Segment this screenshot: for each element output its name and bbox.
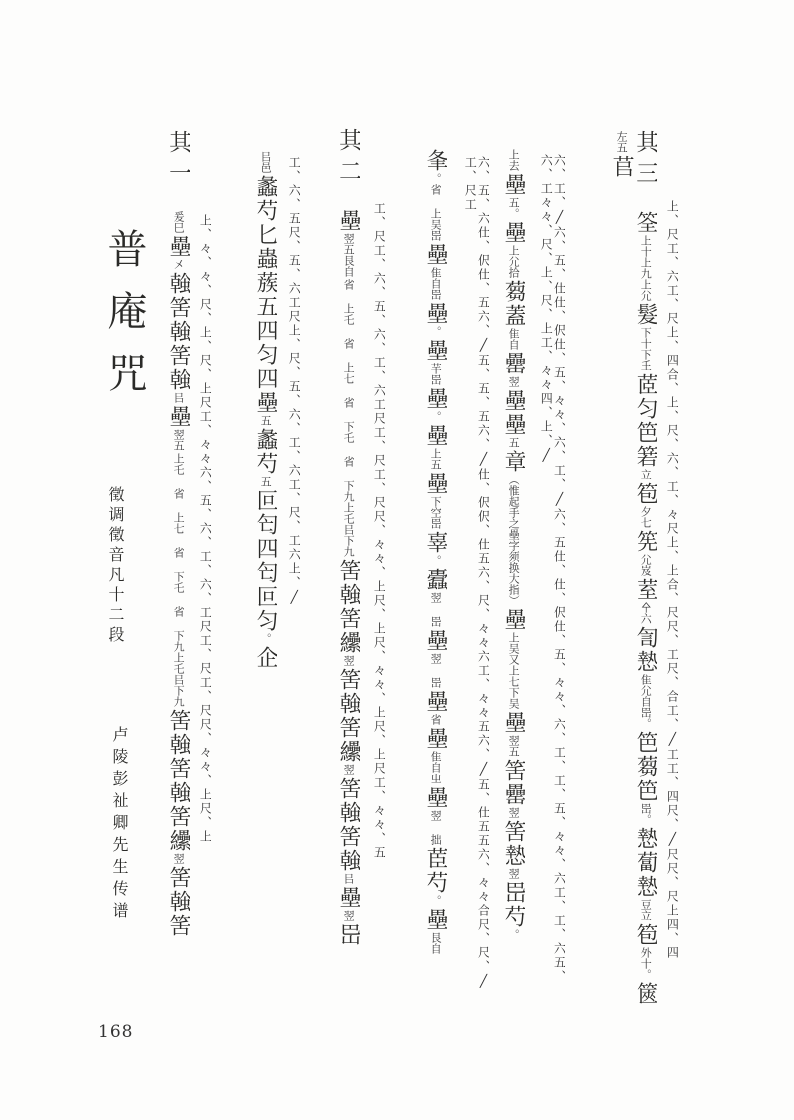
tablature-glyph: 壘 (337, 886, 360, 908)
tablature-annotation: 省 (430, 714, 442, 725)
tablature-annotation: 。 (430, 555, 442, 566)
gongche-notation-column: 六、工、╱六、五、仕仕、伬仕、五、々々、六、工、╱六、五仕、仕、伬仕、五、々々、… (539, 148, 565, 1004)
tablature-glyph: 笆 (634, 779, 657, 801)
tablature-glyph: 壘 (424, 243, 447, 265)
tablature-annotation: 翌 拙 (430, 810, 442, 845)
tablature-glyph: 螒 (167, 320, 190, 342)
tablature-glyph: 壘 (424, 387, 447, 409)
tablature-glyph: 筈 (337, 559, 360, 581)
tablature-glyph: 壘 (424, 302, 447, 324)
tablature-annotation: 翌五 (508, 735, 520, 757)
tablature-annotation: 㠯 (343, 873, 355, 884)
tablature-glyph: 螒 (167, 272, 190, 294)
tablature-annotation: 㐃六 (640, 602, 652, 624)
tablature-annotation: 立 (640, 469, 652, 480)
page-number: 168 (98, 1022, 133, 1042)
tablature-glyph: 篋 (634, 982, 657, 1004)
tablature-glyph: 芍 (254, 452, 277, 474)
tablature-annotation: 夕七 (640, 506, 652, 528)
tablature-annotation: 隹尣自岊。 (640, 674, 652, 729)
tablature-glyph: 慹 (634, 827, 657, 849)
page-title: 普庵咒 (96, 228, 153, 528)
tablature-annotation: 翌 (508, 807, 520, 818)
tablature-glyph: 螒 (337, 801, 360, 823)
tablature-glyph: 筈 (502, 820, 525, 842)
tablature-glyph: 筈 (167, 866, 190, 888)
tablature-glyph: 蟲 (254, 247, 277, 269)
tablature-annotation: 隹自岊 (430, 267, 442, 300)
tablature-annotation: 上吴又上七下吴 (508, 632, 520, 709)
tablature-glyph: 壘 (167, 235, 190, 257)
tablature-glyph: 蠡 (254, 428, 277, 450)
gongche-notation-column: 六、五、六仕、伬仕、五六、╱五、五、五六、╱仕、伬伬、仕五六、尺、々々六工、々々… (463, 148, 489, 1006)
tablature-glyph: 筈 (337, 825, 360, 847)
tablature-glyph: 螒 (167, 890, 190, 912)
tablature-glyph: 訇 (634, 626, 657, 648)
tablature-annotation: 下空岊 (430, 496, 442, 529)
tablature-glyph: 筈 (502, 759, 525, 781)
tablature-annotation: 。 (430, 895, 442, 906)
tablature-glyph: 筈 (337, 668, 360, 690)
tablature-annotation: 下十下𡈼 (640, 327, 652, 371)
tablature-annotation: 翌 (508, 376, 520, 387)
tablature-glyph: 茞 (424, 847, 447, 869)
tablature-annotation: 翌 (343, 655, 355, 666)
tablature-glyph: 螒 (167, 733, 190, 755)
tablature-glyph: 蔔 (634, 851, 657, 873)
tablature-glyph: 荎 (634, 578, 657, 600)
tablature-glyph: 蒭 (502, 280, 525, 302)
tablature-glyph: 壘 (424, 629, 447, 651)
gongche-notation-column: 工、尺工、六、五、六、工、六工尺工、尺工、尺尺、々々、上尺、上尺、々々、上尺、上… (372, 128, 385, 946)
tablature-glyph: 壘 (424, 472, 447, 494)
tablature-glyph: 筈 (167, 344, 190, 366)
tablature-annotation: 上乇 省 上七 省 下乇 省 下九上乇㠯下九 (173, 453, 185, 707)
tablature-glyph: 壘 (424, 786, 447, 808)
tablature-annotation: 省 上乇 省 上七 省 下乇 省 下九上乇㠯下九 (343, 279, 355, 557)
tablature-annotation: 爰巳 (173, 211, 185, 233)
tablature-annotation: 五 (508, 437, 520, 448)
tablature-annotation: 尣岌 (640, 554, 652, 576)
transcriber-attribution: 卢陵彭祉卿先生传谱 (108, 726, 131, 966)
tablature-annotation: 外十。 (640, 947, 652, 980)
tablature-glyph: 五 (254, 295, 277, 317)
tablature-column: 其三筌上十上九上尣髮下十下𡈼茝匀笆箬立笣夕七筅尣岌荎㐃六訇慹隹尣自岊。笆蒭笆岊。… (610, 130, 657, 1010)
tablature-annotation: 豆立 (640, 899, 652, 921)
tablature-annotation: 翌 岊 (430, 653, 442, 688)
tablature-column-pair: 其三筌上十上九上尣髮下十下𡈼茝匀笆箬立笣夕七筅尣岌荎㐃六訇慹隹尣自岊。笆蒭笆岊。… (610, 130, 678, 1010)
tablature-glyph: 匄 (254, 561, 277, 583)
tablature-glyph: 筈 (167, 757, 190, 779)
tablature-annotation: 㠯 (173, 392, 185, 403)
tablature-glyph: 壘 (502, 711, 525, 733)
tablature-glyph: 章 (502, 450, 525, 472)
tablature-glyph: 螒 (337, 692, 360, 714)
tablature-annotation: 芉岊 (430, 363, 442, 385)
section-label: 其二 (336, 128, 360, 190)
tablature-annotation: 翌 (173, 853, 185, 864)
tablature-glyph: 叵 (254, 585, 277, 607)
tablature-glyph: 螒 (167, 368, 190, 390)
tablature-column-pair: 其一爰巳壘㐅螒筈螒筈螒㠯壘翌五上乇 省 上七 省 下乇 省 下九上乇㠯下九筈螒筈… (166, 130, 211, 937)
tablature-glyph: 匕 (254, 223, 277, 245)
tablature-annotation: 㐅 (173, 259, 185, 270)
tablature-glyph: 筈 (167, 709, 190, 731)
tablature-glyph: 匄 (254, 513, 277, 535)
tablature-glyph: 筈 (167, 805, 190, 827)
tablature-glyph: 壘 (502, 389, 525, 411)
tablature-annotation: 左五 (616, 131, 628, 153)
tablature-glyph: 蔟 (254, 271, 277, 293)
tablature-glyph: 螒 (167, 781, 190, 803)
tablature-glyph: 髮 (634, 303, 657, 325)
tablature-glyph: 筈 (337, 607, 360, 629)
tablature-column: 㠯邑蠡芍匕蟲蔟五四匀四壘五蠡芍五叵匄四匄叵匀。企 (254, 150, 277, 669)
tablature-column: 其二壘翌五艮自省 上乇 省 上七 省 下乇 省 下九上乇㠯下九筈螒筈纝翌筈螒筈纝… (336, 128, 360, 946)
tablature-annotation: 上十上九上尣 (640, 235, 652, 301)
tablature-annotation: 艮自 (430, 932, 442, 954)
tablature-annotation: 岊。 (640, 803, 652, 825)
tablature-annotation: 㠯邑 (260, 151, 272, 173)
tablature-annotation: 上去 (508, 149, 520, 171)
tablature-annotation: 翌 (343, 764, 355, 775)
tablature-glyph: 纝 (337, 740, 360, 762)
tablature-annotation: 隹自 (508, 328, 520, 350)
tablature-annotation: 翌 (508, 868, 520, 879)
tablature-glyph: 蒭 (634, 755, 657, 777)
tablature-glyph: 笣 (634, 923, 657, 945)
tablature-glyph: 匀 (634, 397, 657, 419)
tablature-annotation: 。省 上吴岊 (430, 173, 442, 241)
tablature-annotation: 。 (260, 633, 272, 644)
tablature-glyph: 蠹 (424, 568, 447, 590)
tablature-annotation: 隹自㞢 (430, 751, 442, 784)
tablature-glyph: 辜 (424, 531, 447, 553)
tablature-glyph: 岊 (337, 923, 360, 945)
tablature-glyph: 夆 (424, 149, 447, 171)
tablature-glyph: 慹 (502, 844, 525, 866)
section-label: 其三 (633, 130, 657, 192)
tablature-glyph: 芍 (424, 871, 447, 893)
tablature-glyph: 壘 (424, 690, 447, 712)
tablature-glyph: 壘 (502, 608, 525, 630)
tablature-glyph: 匀 (254, 609, 277, 631)
tablature-glyph: 壘 (424, 727, 447, 749)
tablature-annotation: 上五 (430, 448, 442, 470)
tablature-glyph: 螒 (337, 849, 360, 871)
tablature-column: 其一爰巳壘㐅螒筈螒筈螒㠯壘翌五上乇 省 上七 省 下乇 省 下九上乇㠯下九筈螒筈… (166, 130, 190, 937)
tablature-glyph: 四 (254, 319, 277, 341)
tablature-glyph: 筈 (337, 777, 360, 799)
tablature-annotation: 。 (508, 929, 520, 940)
tablature-glyph: 笣 (634, 482, 657, 504)
tablature-glyph: 笆 (634, 421, 657, 443)
tablature-annotation: 。 (430, 326, 442, 337)
tablature-glyph: 壘 (424, 339, 447, 361)
tablature-glyph: 壘 (337, 209, 360, 231)
tablature-glyph: 壘 (254, 391, 277, 413)
tablature-glyph: 企 (254, 646, 277, 668)
tablature-annotation: 五 (260, 476, 272, 487)
tablature-glyph: 罍 (502, 783, 525, 805)
tablature-glyph: 壘 (502, 221, 525, 243)
gongche-notation-column: 上、々、々、尺、上、尺、上尺工、々々六、五、六、工、六、工尺工、尺工、尺尺、々々… (198, 130, 211, 937)
tablature-glyph: 慹 (634, 875, 657, 897)
tablature-column-pair: 夆。省 上吴岊壘隹自岊壘。壘芉岊壘。壘上五壘下空岊辜。蠹翌 岊壘翌 岊壘省壘隹自… (424, 148, 489, 1006)
section-label: 其一 (166, 130, 190, 192)
tablature-annotation: 翌 岊 (430, 592, 442, 627)
tablature-glyph: 芍 (254, 199, 277, 221)
tablature-glyph: 慹 (634, 650, 657, 672)
tablature-glyph: 筈 (167, 914, 190, 936)
tablature-glyph: 叵 (254, 489, 277, 511)
tablature-glyph: 螒 (337, 583, 360, 605)
tablature-column: 夆。省 上吴岊壘隹自岊壘。壘芉岊壘。壘上五壘下空岊辜。蠹翌 岊壘翌 岊壘省壘隹自… (424, 148, 447, 1006)
tablature-annotation: （惟起手之壘字须换大指） (508, 474, 520, 606)
tablature-annotation: 五 (260, 415, 272, 426)
tablature-glyph: 四 (254, 537, 277, 559)
tablature-glyph: 壘 (424, 908, 447, 930)
tablature-glyph: 箬 (634, 445, 657, 467)
tablature-glyph: 筅 (634, 530, 657, 552)
tablature-column-pair: 其二壘翌五艮自省 上乇 省 上七 省 下乇 省 下九上乇㠯下九筈螒筈纝翌筈螒筈纝… (336, 128, 385, 946)
tablature-glyph: 筌 (634, 211, 657, 233)
tablature-column-pair: 㠯邑蠡芍匕蟲蔟五四匀四壘五蠡芍五叵匄四匄叵匀。企工、六、五尺、五、六工尺上、尺、… (254, 150, 300, 669)
tablature-glyph: 筈 (167, 296, 190, 318)
scanned-score-page: 普庵咒 徵调徵音凡十二段 卢陵彭祉卿先生传谱 168 其三筌上十上九上尣髮下十下… (0, 0, 794, 1120)
tablature-annotation: 五。 (508, 197, 520, 219)
tablature-glyph: 芍 (502, 905, 525, 927)
tablature-glyph: 苢 (610, 155, 633, 177)
tablature-glyph: 罍 (502, 352, 525, 374)
tablature-annotation: 翌五艮自 (343, 233, 355, 277)
tablature-glyph: 壘 (502, 173, 525, 195)
tablature-annotation: 翌 (343, 910, 355, 921)
gongche-notation-column: 上、尺工、六工、尺上、四合、上、尺、六、工、々尺上、上合、尺尺、工尺、合工、╱工… (665, 130, 678, 1010)
tablature-glyph: 纝 (167, 829, 190, 851)
mode-subtitle: 徵调徵音凡十二段 (104, 486, 127, 686)
tablature-column-pair: 上去壘五。壘上尣拾蒭蓋隹自罍翌壘壘五章（惟起手之壘字须换大指）壘上吴又上七下吴壘… (502, 148, 565, 1004)
tablature-glyph: 岊 (502, 881, 525, 903)
tablature-glyph: 壘 (502, 413, 525, 435)
tablature-glyph: 纝 (337, 631, 360, 653)
tablature-column: 上去壘五。壘上尣拾蒭蓋隹自罍翌壘壘五章（惟起手之壘字须换大指）壘上吴又上七下吴壘… (502, 148, 525, 1004)
tablature-glyph: 蓋 (502, 304, 525, 326)
tablature-annotation: 。 (430, 411, 442, 422)
tablature-glyph: 蠡 (254, 175, 277, 197)
tablature-glyph: 筈 (337, 716, 360, 738)
tablature-glyph: 茝 (634, 373, 657, 395)
tablature-glyph: 壘 (167, 405, 190, 427)
tablature-annotation: 上尣拾 (508, 245, 520, 278)
tablature-annotation: 翌五 (173, 429, 185, 451)
tablature-glyph: 笆 (634, 731, 657, 753)
gongche-notation-column: 工、六、五尺、五、六工尺上、尺、五、六、工、六工、尺、工六上、╱ (287, 150, 300, 669)
tablature-glyph: 匀 (254, 343, 277, 365)
tablature-glyph: 四 (254, 367, 277, 389)
tablature-glyph: 壘 (424, 424, 447, 446)
